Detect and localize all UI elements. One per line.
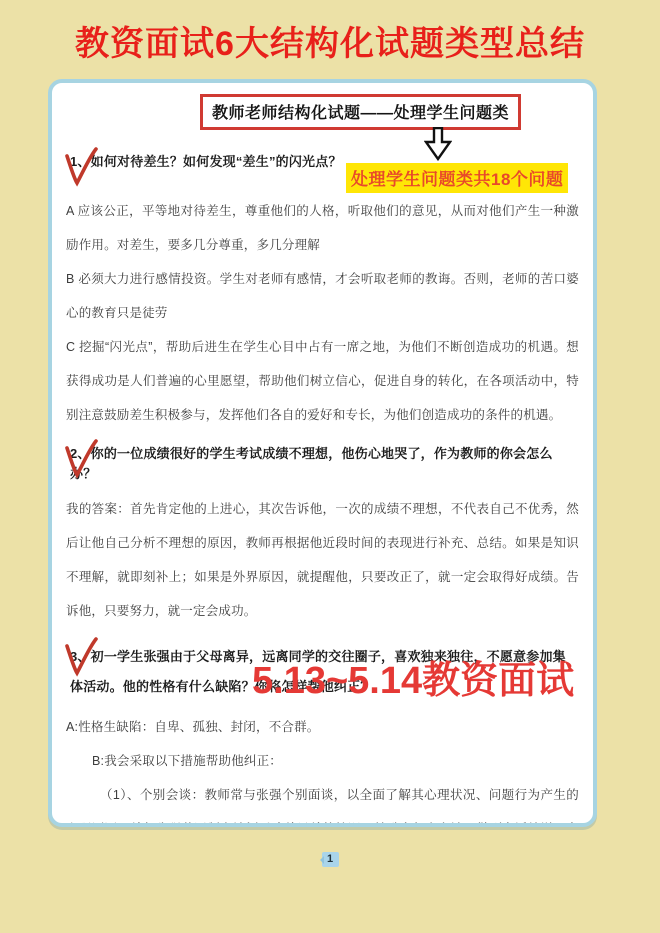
question-2-number: 2、 (70, 446, 91, 461)
page-title: 教资面试6大结构化试题类型总结 (0, 16, 660, 65)
section-header-box: 教师老师结构化试题——处理学生问题类 (200, 94, 521, 130)
answer-1a: A 应该公正，平等地对待差生，尊重他们的人格，听取他们的意见，从而对他们产生一种… (66, 194, 579, 262)
question-3-number: 3、 (70, 649, 91, 664)
question-1-title: 1、如何对待差生？如何发现“差生”的闪光点？ (70, 152, 579, 172)
answer-3b-item1: （1）、个别会谈：教师常与张强个别面谈，以全面了解其心理状况、问题行为产生的心理… (66, 778, 579, 827)
answer-1b: B 必须大力进行感情投资。学生对老师有感情，才会听取老师的教诲。否则，老师的苦口… (66, 262, 579, 330)
answer-3a: A:性格生缺陷：自卑、孤独、封闭，不合群。 (66, 710, 579, 744)
answer-2: 我的答案：首先肯定他的上进心，其次告诉他，一次的成绩不理想，不代表自己不优秀，然… (66, 492, 579, 628)
watermark-text: 5.13~5.14教资面试 (252, 649, 574, 704)
question-2-title: 2、你的一位成绩很好的学生考试成绩不理想，他伤心地哭了，作为教师的你会怎么办？ (70, 444, 579, 484)
answer-3b: B:我会采取以下措施帮助他纠正： (66, 744, 579, 778)
question-1-number: 1、 (70, 154, 91, 169)
question-1-text: 如何对待差生？如何发现“差生”的闪光点？ (91, 154, 342, 169)
page: 教资面试6大结构化试题类型总结 教师老师结构化试题——处理学生问题类 处理学生问… (0, 0, 660, 933)
question-2-text: 你的一位成绩很好的学生考试成绩不理想，他伤心地哭了，作为教师的你会怎么办？ (70, 446, 553, 481)
page-number-row: 1 (0, 849, 660, 867)
page-number-badge: 1 (322, 852, 339, 867)
content-card: 教师老师结构化试题——处理学生问题类 处理学生问题类共18个问题 1、如何对待差… (48, 79, 597, 827)
answer-1c: C 挖掘“闪光点”，帮助后进生在学生心目中占有一席之地，为他们不断创造成功的机遇… (66, 330, 579, 432)
checkmark-icon (63, 146, 101, 192)
